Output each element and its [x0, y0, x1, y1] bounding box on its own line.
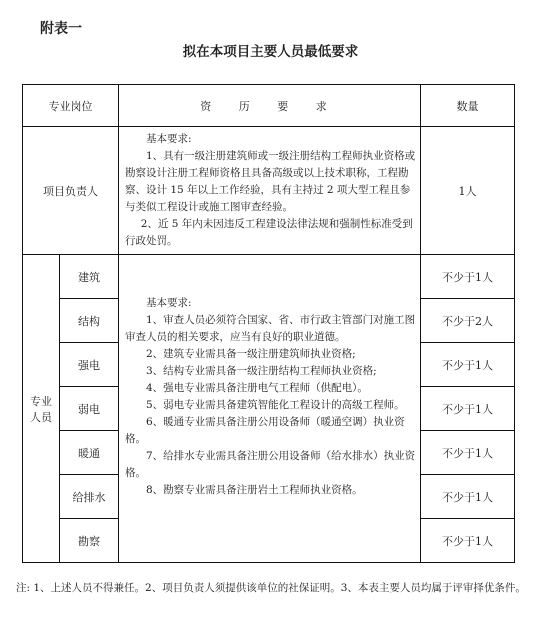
requirement-item: 5、弱电专业需具备建筑智能化工程设计的高级工程师。 — [125, 397, 416, 414]
specialist-position: 暖通 — [60, 431, 119, 475]
specialist-position: 结构 — [60, 299, 119, 343]
specialist-quantity: 不少于1人 — [421, 387, 515, 431]
specialist-quantity: 不少于2人 — [421, 299, 515, 343]
header-position: 专业岗位 — [23, 85, 119, 127]
requirement-item: 4、强电专业需具备注册电气工程师（供配电）。 — [125, 380, 416, 397]
specialists-group-label: 专业人员 — [23, 255, 60, 563]
document-title: 拟在本项目主要人员最低要求 — [0, 40, 541, 60]
requirement-item: 3、结构专业需具备一级注册结构工程师执业资格; — [125, 363, 416, 380]
project-leader-quantity: 1人 — [421, 127, 515, 255]
specialist-position: 弱电 — [60, 387, 119, 431]
requirement-item: 8、勘察专业需具备注册岩土工程师执业资格。 — [125, 482, 416, 499]
header-requirements: 资 历 要 求 — [119, 85, 421, 127]
specialist-quantity: 不少于1人 — [421, 255, 515, 299]
specialist-quantity: 不少于1人 — [421, 343, 515, 387]
specialist-quantity: 不少于1人 — [421, 431, 515, 475]
requirements-heading: 基本要求: — [125, 295, 416, 312]
specialist-quantity: 不少于1人 — [421, 519, 515, 563]
specialists-group-text: 专业人员 — [30, 395, 52, 424]
requirement-item: 2、建筑专业需具备一级注册建筑师执业资格; — [125, 346, 416, 363]
specialist-position: 给排水 — [60, 475, 119, 519]
footnote: 注: 1、上述人员不得兼任。2、项目负责人须提供该单位的社保证明。3、本表主要人… — [16, 576, 531, 600]
specialist-position: 勘察 — [60, 519, 119, 563]
requirement-item: 1、审查人员必须符合国家、省、市行政主管部门对施工图审查人员的相关要求，应当有良… — [125, 312, 416, 346]
specialists-requirements: 基本要求: 1、审查人员必须符合国家、省、市行政主管部门对施工图审查人员的相关要… — [119, 255, 421, 563]
specialist-position: 强电 — [60, 343, 119, 387]
requirement-item: 2、近 5 年内未因违反工程建设法律法规和强制性标准受到行政处罚。 — [125, 216, 416, 250]
table-row-project-leader: 项目负责人 基本要求: 1、具有一级注册建筑师或一级注册结构工程师执业资格或勘察… — [23, 127, 515, 255]
table-row: 专业人员 建筑 基本要求: 1、审查人员必须符合国家、省、市行政主管部门对施工图… — [23, 255, 515, 299]
requirement-item: 7、给排水专业需具备注册公用设备师（给水排水）执业资格。 — [125, 448, 416, 482]
header-quantity: 数量 — [421, 85, 515, 127]
specialist-position: 建筑 — [60, 255, 119, 299]
appendix-label: 附表一 — [40, 18, 82, 38]
requirement-item: 6、暖通专业需具备注册公用设备师（暖通空调）执业资格。 — [125, 414, 416, 448]
project-leader-position: 项目负责人 — [23, 127, 119, 255]
requirements-table: 专业岗位 资 历 要 求 数量 项目负责人 基本要求: 1、具有一级注册建筑师或… — [22, 84, 515, 563]
requirement-item: 1、具有一级注册建筑师或一级注册结构工程师执业资格或勘察设计注册工程师资格且具备… — [125, 148, 416, 216]
specialist-quantity: 不少于1人 — [421, 475, 515, 519]
project-leader-requirements: 基本要求: 1、具有一级注册建筑师或一级注册结构工程师执业资格或勘察设计注册工程… — [119, 127, 421, 255]
requirements-heading: 基本要求: — [125, 131, 416, 148]
table-header-row: 专业岗位 资 历 要 求 数量 — [23, 85, 515, 127]
